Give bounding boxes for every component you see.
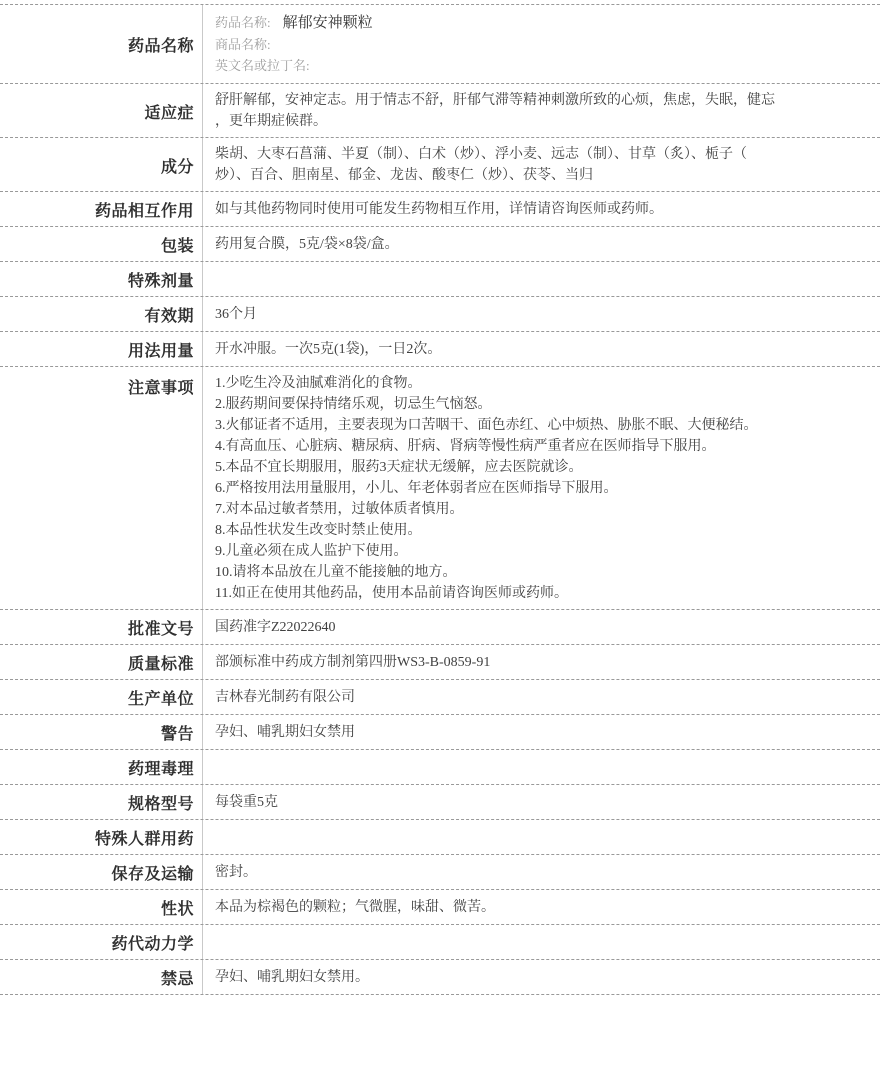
validity-period-content: 36个月 [215,304,257,325]
contraindications-content: 孕妇、哺乳期妇女禁用。 [215,967,369,988]
row-label-specification: 规格型号 [0,785,202,819]
row-label-drug-interactions: 药品相互作用 [0,192,202,226]
approval-number-content: 国药准字Z22022640 [215,617,336,638]
row-pharmacology-toxicology: 药理毒理 [0,749,880,784]
row-properties: 性状 本品为棕褐色的颗粒；气微腥，味甜、微苦。 [0,889,880,924]
quality-standard-content: 部颁标准中药成方制剂第四册WS3-B-0859-91 [215,652,490,673]
trade-name-line: 商品名称: [215,34,866,55]
trade-name-label: 商品名称: [215,37,271,52]
row-precautions: 注意事项 1.少吃生冷及油腻难消化的食物。 2.服药期间要保持情绪乐观，切忌生气… [0,366,880,609]
row-label-ingredients: 成分 [0,138,202,191]
properties-content: 本品为棕褐色的颗粒；气微腥，味甜、微苦。 [215,897,495,918]
row-ingredients: 成分 柴胡、大枣石菖蒲、半夏（制）、白术（炒）、浮小麦、远志（制）、甘草（炙）、… [0,137,880,191]
generic-name-label: 药品名称: [215,15,271,30]
row-label-precautions: 注意事项 [0,367,202,609]
storage-transport-content: 密封。 [215,862,257,883]
usage-dosage-content: 开水冲服。一次5克(1袋)，一日2次。 [215,339,441,360]
drug-info-table: 药品名称 药品名称:解郁安神颗粒 商品名称: 英文名或拉丁名: 适应症 舒肝解郁… [0,4,880,995]
warning-content: 孕妇、哺乳期妇女禁用 [215,722,355,743]
drug-name-content: 药品名称:解郁安神颗粒 商品名称: 英文名或拉丁名: [202,5,880,83]
row-label-storage-transport: 保存及运输 [0,855,202,889]
packaging-content: 药用复合膜，5克/袋×8袋/盒。 [215,234,399,255]
row-indications: 适应症 舒肝解郁，安神定志。用于情志不舒，肝郁气滞等精神刺激所致的心烦，焦虑，失… [0,83,880,137]
row-label-warning: 警告 [0,715,202,749]
row-drug-name: 药品名称 药品名称:解郁安神颗粒 商品名称: 英文名或拉丁名: [0,4,880,83]
row-label-pharmacology-toxicology: 药理毒理 [0,750,202,784]
generic-name-value: 解郁安神颗粒 [283,15,373,31]
row-label-special-population: 特殊人群用药 [0,820,202,854]
row-label-manufacturer: 生产单位 [0,680,202,714]
row-label-properties: 性状 [0,890,202,924]
drug-interactions-content: 如与其他药物同时使用可能发生药物相互作用，详情请咨询医师或药师。 [215,199,663,220]
row-storage-transport: 保存及运输 密封。 [0,854,880,889]
row-specification: 规格型号 每袋重5克 [0,784,880,819]
row-label-special-dosage: 特殊剂量 [0,262,202,296]
row-warning: 警告 孕妇、哺乳期妇女禁用 [0,714,880,749]
precautions-content: 1.少吃生冷及油腻难消化的食物。 2.服药期间要保持情绪乐观，切忌生气恼怒。 3… [215,373,758,604]
latin-name-line: 英文名或拉丁名: [215,55,866,76]
row-packaging: 包装 药用复合膜，5克/袋×8袋/盒。 [0,226,880,261]
row-drug-interactions: 药品相互作用 如与其他药物同时使用可能发生药物相互作用，详情请咨询医师或药师。 [0,191,880,226]
row-label-approval-number: 批准文号 [0,610,202,644]
row-special-dosage: 特殊剂量 [0,261,880,296]
row-label-indications: 适应症 [0,84,202,137]
manufacturer-content: 吉林春光制药有限公司 [215,687,355,708]
row-label-pharmacokinetics: 药代动力学 [0,925,202,959]
row-label-drug-name: 药品名称 [0,5,202,83]
specification-content: 每袋重5克 [215,792,278,813]
row-validity-period: 有效期 36个月 [0,296,880,331]
row-usage-dosage: 用法用量 开水冲服。一次5克(1袋)，一日2次。 [0,331,880,366]
row-contraindications: 禁忌 孕妇、哺乳期妇女禁用。 [0,959,880,994]
row-approval-number: 批准文号 国药准字Z22022640 [0,609,880,644]
generic-name-line: 药品名称:解郁安神颗粒 [215,12,866,34]
row-label-packaging: 包装 [0,227,202,261]
latin-name-label: 英文名或拉丁名: [215,58,310,73]
ingredients-content: 柴胡、大枣石菖蒲、半夏（制）、白术（炒）、浮小麦、远志（制）、甘草（炙）、栀子（… [215,144,747,186]
row-special-population: 特殊人群用药 [0,819,880,854]
row-manufacturer: 生产单位 吉林春光制药有限公司 [0,679,880,714]
row-label-quality-standard: 质量标准 [0,645,202,679]
row-label-contraindications: 禁忌 [0,960,202,994]
row-pharmacokinetics: 药代动力学 [0,924,880,959]
indications-content: 舒肝解郁，安神定志。用于情志不舒，肝郁气滞等精神刺激所致的心烦，焦虑，失眠，健忘… [215,90,775,132]
row-label-usage-dosage: 用法用量 [0,332,202,366]
row-quality-standard: 质量标准 部颁标准中药成方制剂第四册WS3-B-0859-91 [0,644,880,679]
row-label-validity-period: 有效期 [0,297,202,331]
